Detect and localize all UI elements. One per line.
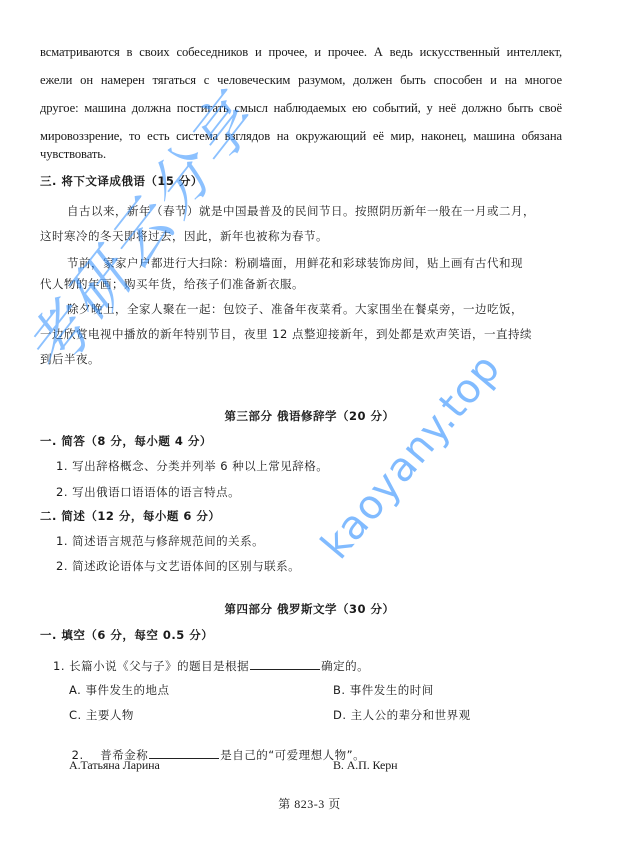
question-item: 2. 写出俄语口语语体的语言特点。 [56,485,240,499]
part-title: 第三部分 俄语修辞学（20 分） [0,409,619,423]
option-c: C. 主要人物 [69,708,134,722]
option-b: B. 事件发生的时间 [333,683,434,697]
paragraph-line: 节前，家家户户都进行大扫除：粉刷墙面，用鲜花和彩球装饰房间，贴上画有古代和现 [67,256,523,270]
page-number: 第 823-3 页 [0,797,619,811]
russian-text-line: всматриваются в своих собеседников и про… [40,45,562,59]
option-a: A. 事件发生的地点 [69,683,169,697]
paragraph-line: 除夕晚上，全家人聚在一起：包饺子、准备年夜菜肴。大家围坐在餐桌旁，一边吃饭， [67,302,523,316]
russian-text-line: чувствовать. [40,147,106,161]
section-heading: 三. 将下文译成俄语（15 分） [40,174,203,188]
paragraph-line: 这时寒冷的冬天即将过去，因此，新年也被称为春节。 [40,229,328,243]
option-d: D. 主人公的辈分和世界观 [333,708,471,722]
paragraph-line: 代人物的年画；购买年货，给孩子们准备新衣服。 [40,277,304,291]
answer-blank [250,658,320,670]
options-row: A.Татьяна Ларина B. А.П. Керн [69,758,569,772]
watermark-url-text: kaoyany.top [312,345,509,568]
question-heading: 二. 简述（12 分，每小题 6 分） [40,509,220,523]
fill-blank-question: 1. 长篇小说《父与子》的题目是根据确定的。 [53,658,369,673]
question-item: 1. 写出辞格概念、分类并列举 6 种以上常见辞格。 [56,459,328,473]
exam-page: всматриваются в своих собеседников и про… [0,0,619,851]
part-title: 第四部分 俄罗斯文学（30 分） [0,602,619,616]
question-heading: 一. 简答（8 分，每小题 4 分） [40,434,212,448]
russian-text-line: ежели он намерен тягаться с человеческим… [40,73,562,87]
option-a: A.Татьяна Ларина [69,758,160,772]
paragraph-line: 一边欣赏电视中播放的新年特别节目，夜里 12 点整迎接新年，到处都是欢声笑语，一… [40,327,532,341]
paragraph-line: 到后半夜。 [40,352,100,366]
options-row: C. 主要人物 D. 主人公的辈分和世界观 [69,708,569,722]
paragraph-line: 自古以来，新年（春节）就是中国最普及的民间节日。按照阴历新年一般在一月或二月， [67,204,535,218]
russian-text-line: другое: машина должна постигать смысл на… [40,101,562,115]
russian-text-line: мировоззрение, то есть система взглядов … [40,129,562,143]
options-row: A. 事件发生的地点 B. 事件发生的时间 [69,683,569,697]
question-heading: 一. 填空（6 分，每空 0.5 分） [40,628,213,642]
option-b: B. А.П. Керн [333,758,397,772]
question-stem-after: 确定的。 [321,659,369,673]
question-item: 1. 简述语言规范与修辞规范间的关系。 [56,534,264,548]
question-item: 2. 简述政论语体与文艺语体间的区别与联系。 [56,559,300,573]
question-stem-before: 1. 长篇小说《父与子》的题目是根据 [53,659,249,673]
